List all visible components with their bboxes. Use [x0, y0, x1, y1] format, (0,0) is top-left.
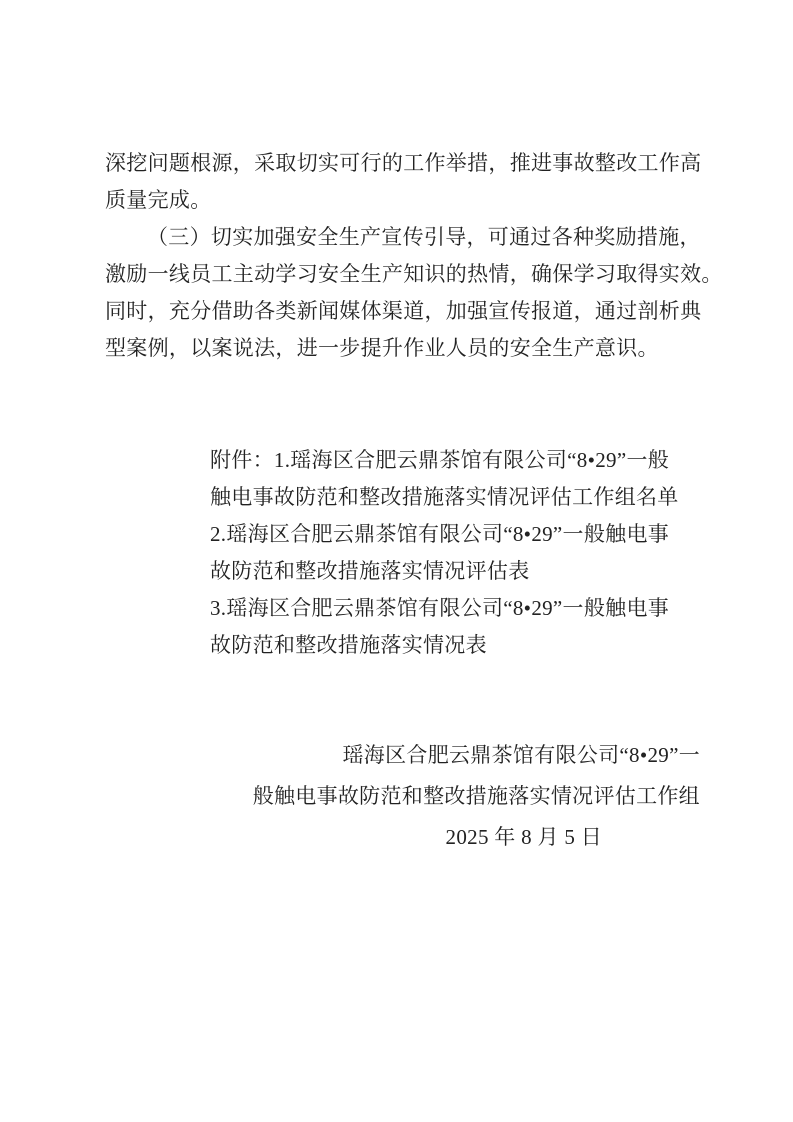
body-line: 同时，充分借助各类新闻媒体渠道，加强宣传报道，通过剖析典: [105, 293, 700, 330]
signature-line: 般触电事故防范和整改措施落实情况评估工作组: [105, 776, 700, 817]
attachment-line: 3.瑶海区合肥云鼎茶馆有限公司“8•29”一般触电事: [210, 590, 700, 627]
attachment-line: 2.瑶海区合肥云鼎茶馆有限公司“8•29”一般触电事: [210, 516, 700, 553]
signature-line: 瑶海区合肥云鼎茶馆有限公司“8•29”一: [105, 735, 700, 776]
attachment-line: 故防范和整改措施落实情况评估表: [210, 553, 700, 590]
body-line: 型案例，以案说法，进一步提升作业人员的安全生产意识。: [105, 330, 700, 367]
body-text: 深挖问题根源，采取切实可行的工作举措，推进事故整改工作高 质量完成。 （三）切实…: [105, 145, 700, 367]
attachment-line: 故防范和整改措施落实情况表: [210, 627, 700, 664]
document-page: 深挖问题根源，采取切实可行的工作举措，推进事故整改工作高 质量完成。 （三）切实…: [0, 0, 793, 1122]
body-line: 激励一线员工主动学习安全生产知识的热情，确保学习取得实效。: [105, 256, 700, 293]
body-line: 质量完成。: [105, 182, 700, 219]
signature-block: 瑶海区合肥云鼎茶馆有限公司“8•29”一 般触电事故防范和整改措施落实情况评估工…: [105, 735, 700, 858]
signature-date: 2025 年 8 月 5 日: [105, 817, 700, 858]
body-line: （三）切实加强安全生产宣传引导，可通过各种奖励措施，: [105, 219, 700, 256]
attachment-line: 触电事故防范和整改措施落实情况评估工作组名单: [210, 479, 700, 516]
attachment-line: 附件：1.瑶海区合肥云鼎茶馆有限公司“8•29”一般: [210, 442, 700, 479]
body-line: 深挖问题根源，采取切实可行的工作举措，推进事故整改工作高: [105, 145, 700, 182]
attachment-list: 附件：1.瑶海区合肥云鼎茶馆有限公司“8•29”一般 触电事故防范和整改措施落实…: [210, 442, 700, 664]
